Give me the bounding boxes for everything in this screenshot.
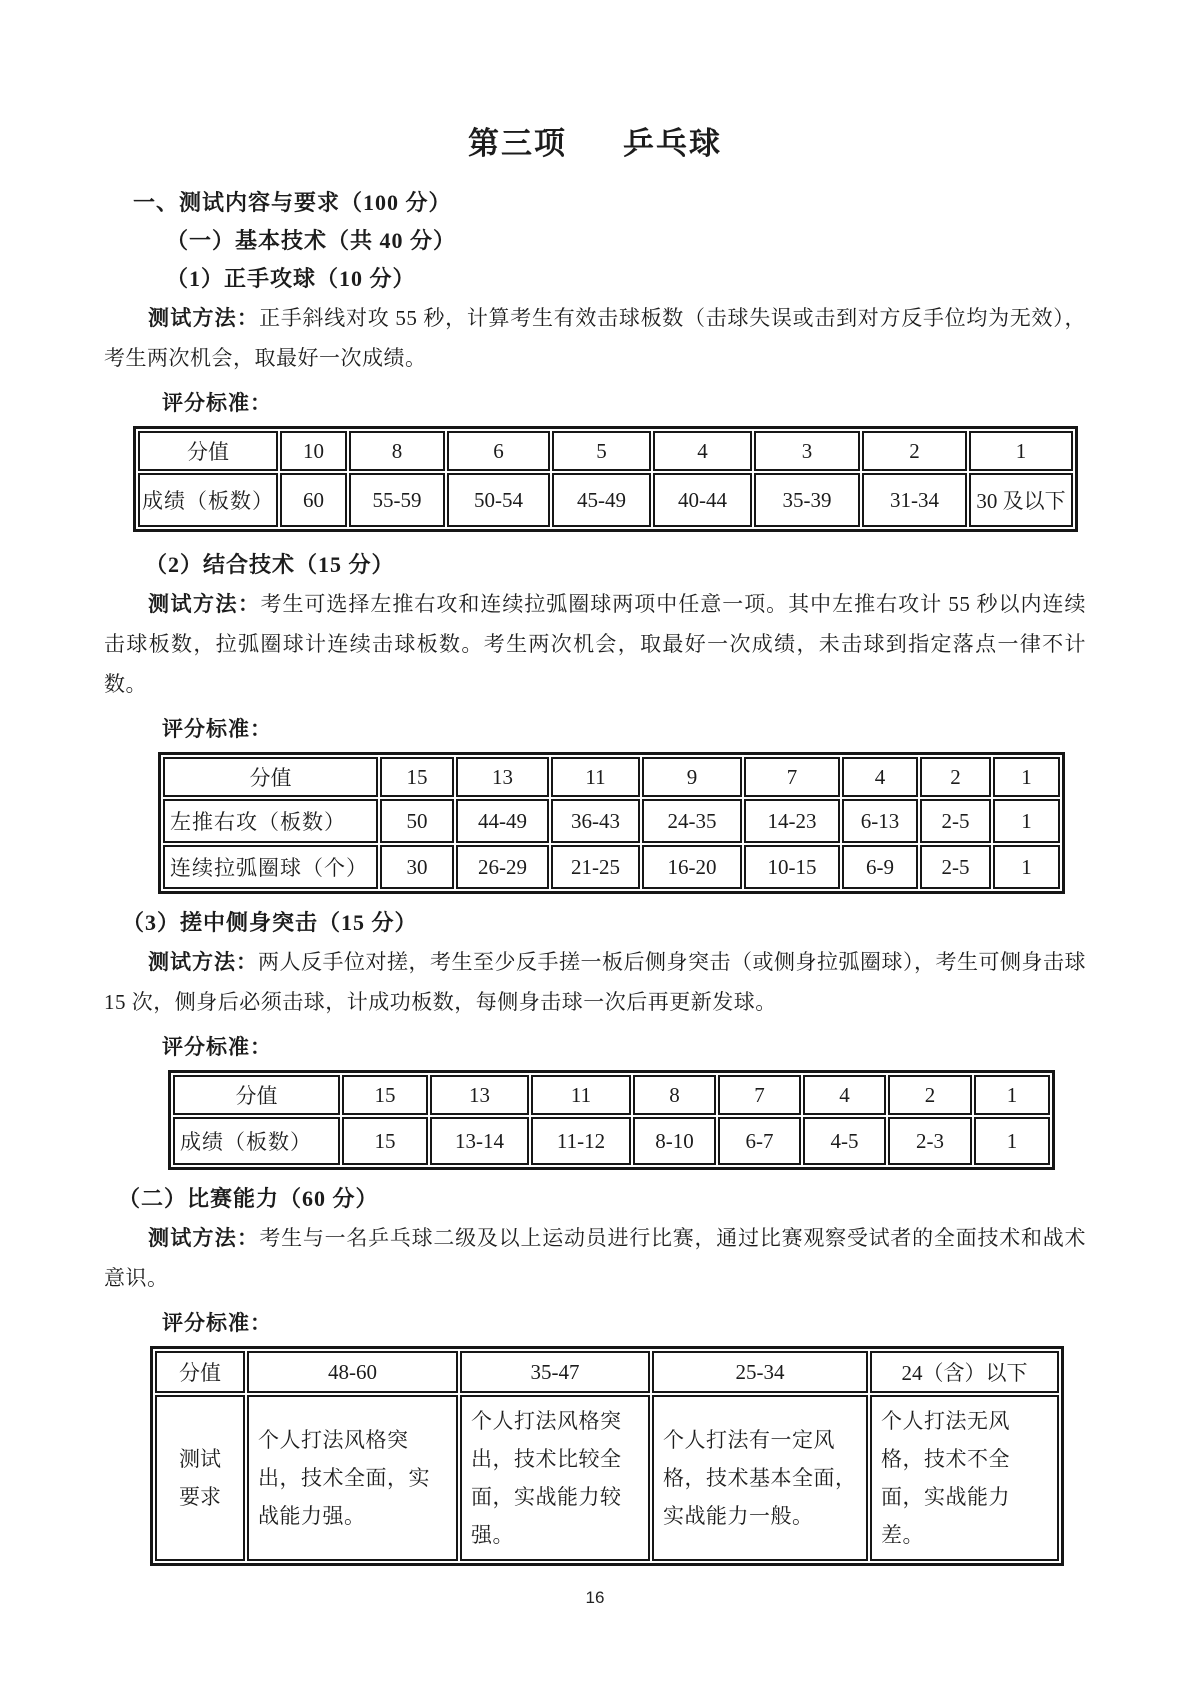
row-label-cell: 测试要求 <box>155 1395 245 1561</box>
table-cell: 2-5 <box>920 845 991 889</box>
header-cell: 15 <box>380 757 454 797</box>
row-label-cell: 连续拉弧圈球（个） <box>163 845 378 889</box>
method-paragraph-combined: 测试方法：考生可选择左推右攻和连续拉弧圈球两项中任意一项。其中左推右攻计 55 … <box>104 584 1086 704</box>
header-cell: 7 <box>744 757 840 797</box>
table-row: 分值 15 13 11 8 7 4 2 1 <box>173 1075 1050 1115</box>
standard-label-sidestep: 评分标准： <box>162 1032 1190 1062</box>
table-cell: 30 <box>380 845 454 889</box>
header-cell: 11 <box>531 1075 631 1115</box>
header-cell: 8 <box>349 431 445 471</box>
header-cell: 15 <box>342 1075 428 1115</box>
page-title-part2: 乒乓球 <box>623 122 722 166</box>
table-cell: 45-49 <box>552 473 651 527</box>
table-cell: 1 <box>993 845 1060 889</box>
header-cell: 13 <box>456 757 549 797</box>
header-cell: 分值 <box>173 1075 340 1115</box>
table-cell: 60 <box>280 473 347 527</box>
table-cell: 4-5 <box>803 1117 886 1165</box>
scoring-table-match: 分值 48-60 35-47 25-34 24（含）以下 测试要求 个人打法风格… <box>150 1346 1064 1566</box>
table-cell: 10-15 <box>744 845 840 889</box>
page-title: 第三项 乒乓球 <box>0 122 1190 166</box>
table-cell: 个人打法无风格，技术不全面，实战能力差。 <box>870 1395 1059 1561</box>
section-heading-forehand: （1）正手攻球（10 分） <box>166 264 1190 294</box>
table-cell: 21-25 <box>551 845 640 889</box>
header-cell: 13 <box>430 1075 529 1115</box>
table-cell: 50 <box>380 799 454 843</box>
table-cell: 1 <box>993 799 1060 843</box>
table-cell: 个人打法有一定风格，技术基本全面，实战能力一般。 <box>652 1395 868 1561</box>
table-row: 测试要求 个人打法风格突出，技术全面，实战能力强。 个人打法风格突出，技术比较全… <box>155 1395 1059 1561</box>
header-cell: 25-34 <box>652 1351 868 1393</box>
header-cell: 分值 <box>138 431 278 471</box>
table-cell: 15 <box>342 1117 428 1165</box>
table-cell: 6-9 <box>842 845 918 889</box>
section-heading-combined: （2）结合技术（15 分） <box>145 550 1190 580</box>
header-cell: 6 <box>447 431 550 471</box>
table-cell: 14-23 <box>744 799 840 843</box>
document-page: 第三项 乒乓球 一、测试内容与要求（100 分） （一）基本技术（共 40 分）… <box>0 0 1190 1683</box>
row-label-cell: 成绩（板数） <box>173 1117 340 1165</box>
header-cell: 1 <box>974 1075 1050 1115</box>
table-cell: 个人打法风格突出，技术全面，实战能力强。 <box>247 1395 458 1561</box>
table-cell: 16-20 <box>642 845 742 889</box>
table-cell: 13-14 <box>430 1117 529 1165</box>
table-row: 左推右攻（板数） 50 44-49 36-43 24-35 14-23 6-13… <box>163 799 1060 843</box>
table-cell: 44-49 <box>456 799 549 843</box>
table-cell: 8-10 <box>633 1117 716 1165</box>
method-paragraph-match: 测试方法：考生与一名乒乓球二级及以上运动员进行比赛，通过比赛观察受试者的全面技术… <box>104 1218 1086 1298</box>
table-row: 分值 15 13 11 9 7 4 2 1 <box>163 757 1060 797</box>
table-cell: 1 <box>974 1117 1050 1165</box>
header-cell: 24（含）以下 <box>870 1351 1059 1393</box>
table-row: 连续拉弧圈球（个） 30 26-29 21-25 16-20 10-15 6-9… <box>163 845 1060 889</box>
table-cell: 6-13 <box>842 799 918 843</box>
header-cell: 4 <box>842 757 918 797</box>
table-row: 成绩（板数） 15 13-14 11-12 8-10 6-7 4-5 2-3 1 <box>173 1117 1050 1165</box>
table-row: 分值 10 8 6 5 4 3 2 1 <box>138 431 1073 471</box>
method-label: 测试方法： <box>148 306 259 330</box>
scoring-table-forehand: 分值 10 8 6 5 4 3 2 1 成绩（板数） 60 55-59 50-5… <box>133 426 1078 532</box>
standard-label-forehand: 评分标准： <box>162 388 1190 418</box>
table-cell: 30 及以下 <box>969 473 1073 527</box>
header-cell: 4 <box>653 431 752 471</box>
header-cell: 1 <box>993 757 1060 797</box>
header-cell: 1 <box>969 431 1073 471</box>
header-cell: 35-47 <box>460 1351 650 1393</box>
scoring-table-combined: 分值 15 13 11 9 7 4 2 1 左推右攻（板数） 50 44-49 … <box>158 752 1065 894</box>
row-label-cell: 左推右攻（板数） <box>163 799 378 843</box>
table-cell: 11-12 <box>531 1117 631 1165</box>
table-cell: 2-5 <box>920 799 991 843</box>
header-cell: 分值 <box>163 757 378 797</box>
header-cell: 7 <box>718 1075 801 1115</box>
method-label: 测试方法： <box>148 950 258 974</box>
section-heading-main: 一、测试内容与要求（100 分） <box>133 188 1190 218</box>
table-cell: 55-59 <box>349 473 445 527</box>
table-cell: 26-29 <box>456 845 549 889</box>
table-cell: 50-54 <box>447 473 550 527</box>
method-paragraph-forehand: 测试方法：正手斜线对攻 55 秒，计算考生有效击球板数（击球失误或击到对方反手位… <box>104 298 1086 378</box>
section-heading-sidestep: （3）搓中侧身突击（15 分） <box>122 908 1190 938</box>
header-cell: 5 <box>552 431 651 471</box>
standard-label-combined: 评分标准： <box>162 714 1190 744</box>
table-cell: 2-3 <box>888 1117 972 1165</box>
method-paragraph-sidestep: 测试方法：两人反手位对搓，考生至少反手搓一板后侧身突击（或侧身拉弧圈球），考生可… <box>104 942 1086 1022</box>
page-number: 16 <box>0 1588 1190 1608</box>
method-label: 测试方法： <box>148 592 260 616</box>
table-cell: 36-43 <box>551 799 640 843</box>
header-cell: 2 <box>920 757 991 797</box>
table-cell: 24-35 <box>642 799 742 843</box>
header-cell: 2 <box>888 1075 972 1115</box>
row-label-cell: 成绩（板数） <box>138 473 278 527</box>
table-cell: 31-34 <box>862 473 967 527</box>
header-cell: 分值 <box>155 1351 245 1393</box>
table-cell: 40-44 <box>653 473 752 527</box>
table-cell: 个人打法风格突出，技术比较全面，实战能力较强。 <box>460 1395 650 1561</box>
header-cell: 48-60 <box>247 1351 458 1393</box>
scoring-table-sidestep: 分值 15 13 11 8 7 4 2 1 成绩（板数） 15 13-14 11… <box>168 1070 1055 1170</box>
header-cell: 11 <box>551 757 640 797</box>
header-cell: 3 <box>754 431 860 471</box>
header-cell: 2 <box>862 431 967 471</box>
table-cell: 6-7 <box>718 1117 801 1165</box>
header-cell: 4 <box>803 1075 886 1115</box>
table-cell: 35-39 <box>754 473 860 527</box>
header-cell: 8 <box>633 1075 716 1115</box>
header-cell: 9 <box>642 757 742 797</box>
table-row: 分值 48-60 35-47 25-34 24（含）以下 <box>155 1351 1059 1393</box>
page-title-part1: 第三项 <box>468 122 567 166</box>
table-row: 成绩（板数） 60 55-59 50-54 45-49 40-44 35-39 … <box>138 473 1073 527</box>
section-heading-match: （二）比赛能力（60 分） <box>118 1184 1190 1214</box>
standard-label-match: 评分标准： <box>162 1308 1190 1338</box>
section-heading-basic: （一）基本技术（共 40 分） <box>166 226 1190 256</box>
method-label: 测试方法： <box>148 1226 259 1250</box>
header-cell: 10 <box>280 431 347 471</box>
